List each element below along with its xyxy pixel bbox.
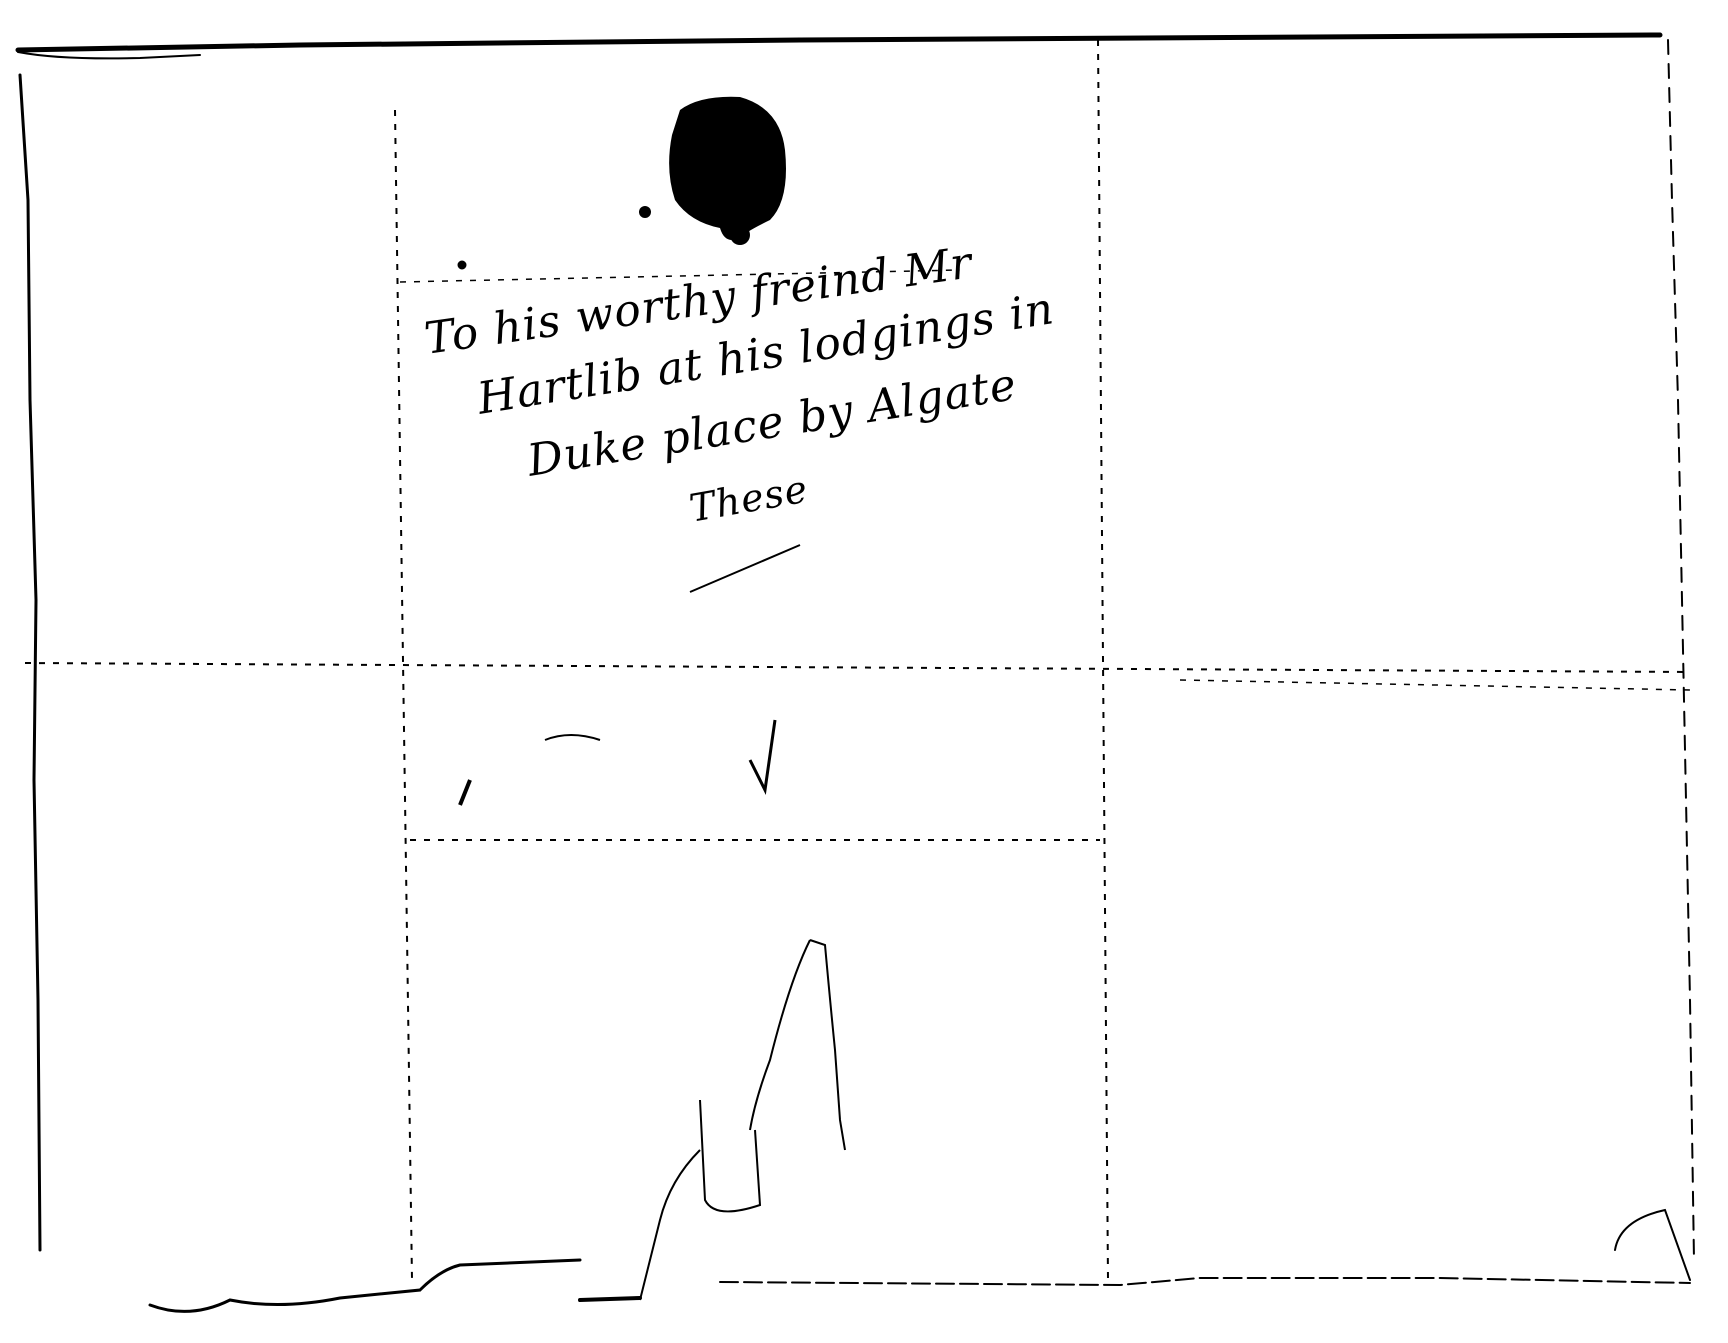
letter-sheet: To his worthy freind Mr Hartlib at his l…: [0, 0, 1728, 1343]
address-flourish: [690, 545, 800, 592]
fold-lines: [25, 40, 1690, 1280]
paper-tear: [640, 940, 845, 1300]
paper-edges: [18, 35, 1694, 1311]
paper-outline: [0, 0, 1728, 1343]
wax-seal: [639, 97, 786, 245]
